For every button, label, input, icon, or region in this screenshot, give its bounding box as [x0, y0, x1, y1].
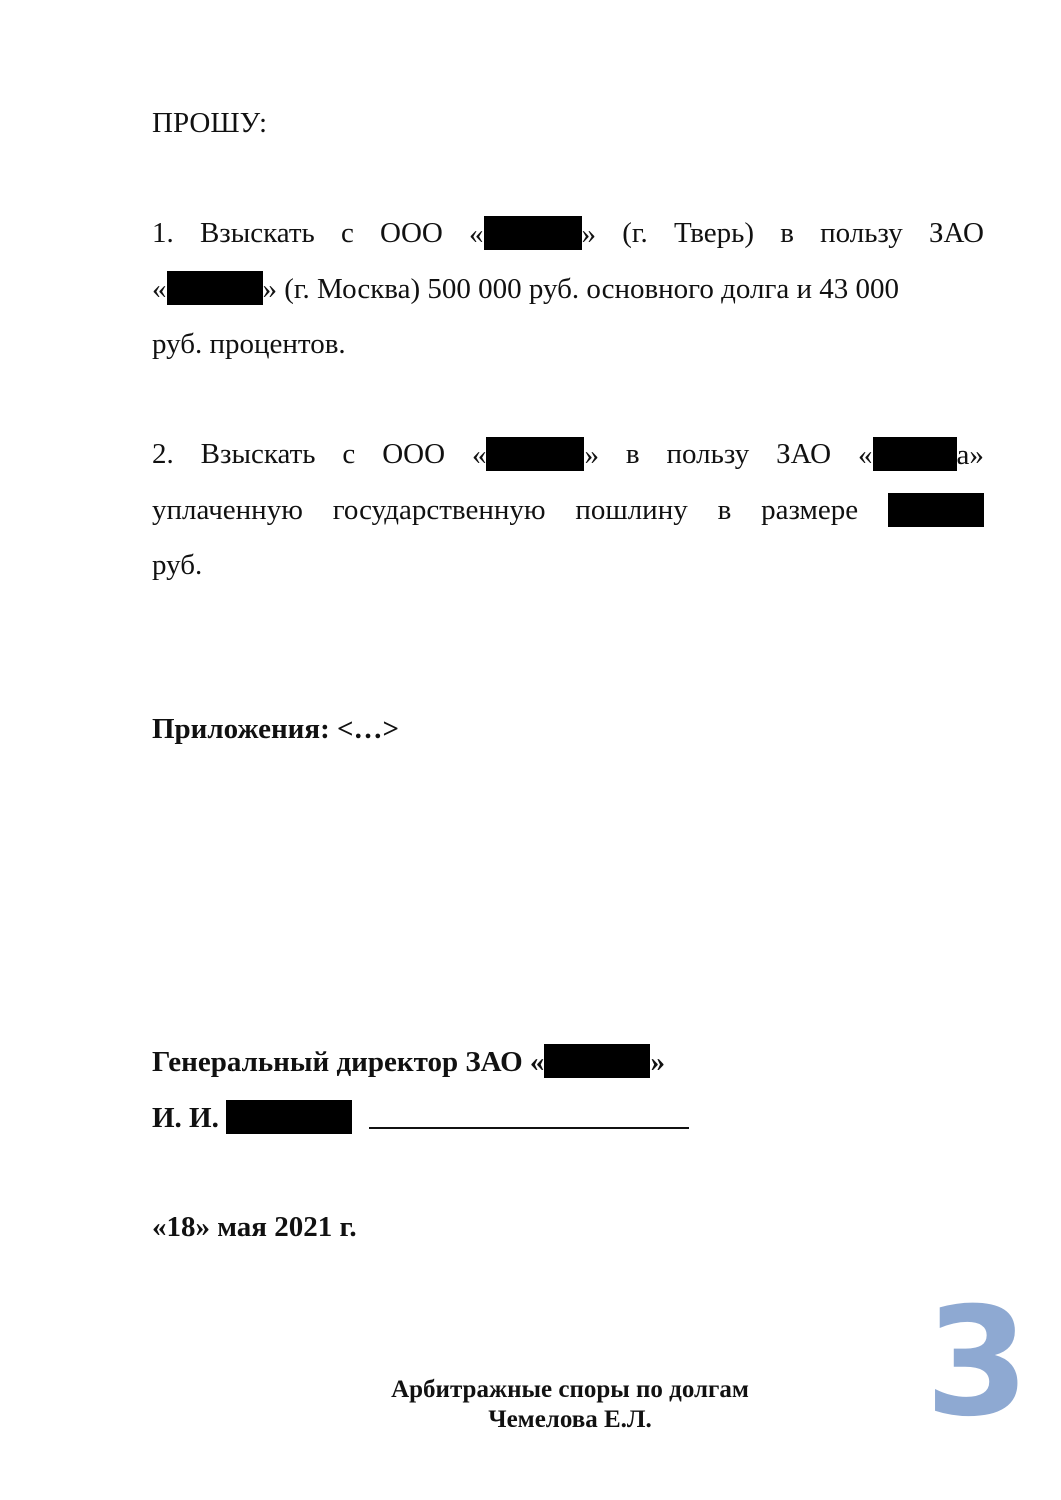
page-number: 3: [925, 1298, 1015, 1428]
text: ЗАО: [776, 437, 831, 472]
text: пользу: [820, 216, 903, 251]
text: (г.: [622, 216, 648, 251]
text: с: [341, 216, 354, 251]
item-2-line-1: 2. Взыскать с ООО «» в пользу ЗАО «а»: [152, 437, 984, 472]
attachments-label: Приложения: <…>: [152, 712, 984, 746]
text: размере: [761, 493, 858, 527]
text: в: [626, 437, 640, 472]
signatory-name: И. И.: [152, 1100, 984, 1135]
item-1-line-3: руб. процентов.: [152, 327, 984, 361]
text: Тверь): [674, 216, 754, 251]
redacted-amount: [888, 493, 984, 527]
text: ООО: [382, 437, 445, 472]
redacted-company-name: «а»: [858, 437, 984, 472]
footer-title: Арбитражные споры по долгам: [300, 1375, 840, 1405]
text: Взыскать: [201, 437, 316, 472]
item-2-line-2: уплаченную государственную пошлину в раз…: [152, 493, 984, 527]
document-date: «18» мая 2021 г.: [152, 1210, 984, 1244]
text: уплаченную: [152, 493, 303, 527]
redacted-company-name: «»: [469, 216, 596, 251]
redacted-surname: [226, 1100, 352, 1134]
signatory-title: Генеральный директор ЗАО «»: [152, 1044, 984, 1079]
text: 1.: [152, 216, 174, 251]
text: пошлину: [575, 493, 687, 527]
item-1-line-2: «» (г. Москва) 500 000 руб. основного до…: [152, 271, 984, 306]
text: в: [718, 493, 732, 527]
redacted-company-name: [167, 271, 263, 305]
footer-author: Чемелова Е.Л.: [300, 1405, 840, 1435]
text: ЗАО: [929, 216, 984, 251]
text: пользу: [667, 437, 750, 472]
redacted-company-name: «»: [472, 437, 599, 472]
text: государственную: [333, 493, 546, 527]
signature-line: [369, 1101, 689, 1129]
request-heading: ПРОШУ:: [152, 106, 984, 140]
redacted-company-name: [544, 1044, 650, 1078]
text: в: [780, 216, 794, 251]
text: ООО: [380, 216, 443, 251]
text: Взыскать: [200, 216, 315, 251]
item-2-line-3: руб.: [152, 548, 984, 582]
text: 2.: [152, 437, 174, 472]
text: с: [342, 437, 355, 472]
item-1-line-1: 1. Взыскать с ООО «» (г. Тверь) в пользу…: [152, 216, 984, 251]
